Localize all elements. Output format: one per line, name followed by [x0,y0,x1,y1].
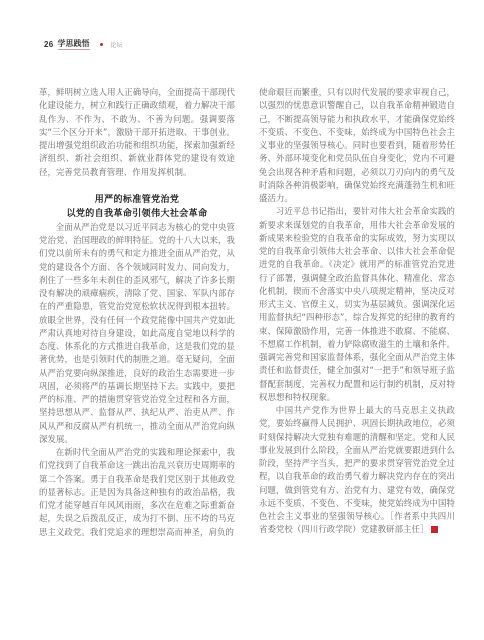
page-header: 26 学思践悟 论坛 [44,38,123,50]
intro-paragraph: 革，鲜明树立选人用人正确导向，全面提高干部现代化建设能力，树立和践行正确政绩观，… [39,86,235,179]
right-column: 使命艰巨而繁重，只有以时代发展的要求审视自己，以强烈的忧患意识警醒自己，以自我革… [259,86,455,537]
subheading-line-2: 以党的自我革命引领伟大社会革命 [39,207,235,221]
page-number: 26 [44,40,54,49]
bullet-dot-icon [100,43,103,46]
body-paragraph: 全面从严治党是以习近平同志为核心的党中央管党治党、治国理政的鲜明特征。党的十八大… [39,221,235,446]
body-paragraph: 习近平总书记指出，要针对伟大社会革命实践的新要求来谋划党的自我革命，用伟大社会革… [259,205,455,404]
left-column: 革，鲜明树立选人用人正确导向，全面提高干部现代化建设能力，树立和践行正确政绩观，… [39,86,235,539]
section-name: 论坛 [111,40,123,49]
journal-name: 学思践悟 [58,38,90,50]
closing-paragraph-text: 中国共产党作为世界上最大的马克思主义执政党，要始终赢得人民拥护、巩固长期执政地位… [259,405,455,521]
subheading-line-1: 用严的标准管党治党 [39,193,235,207]
end-mark-icon [431,526,438,533]
body-paragraph: 在新时代全面从严治党的实践和理论探索中，我们党找到了自我革命这一跳出治乱兴衰历史… [39,446,235,539]
body-paragraph: 中国共产党作为世界上最大的马克思主义执政党，要始终赢得人民拥护、巩固长期执政地位… [259,404,455,537]
body-paragraph: 使命艰巨而繁重，只有以时代发展的要求审视自己，以强烈的忧患意识警醒自己，以自我革… [259,86,455,205]
